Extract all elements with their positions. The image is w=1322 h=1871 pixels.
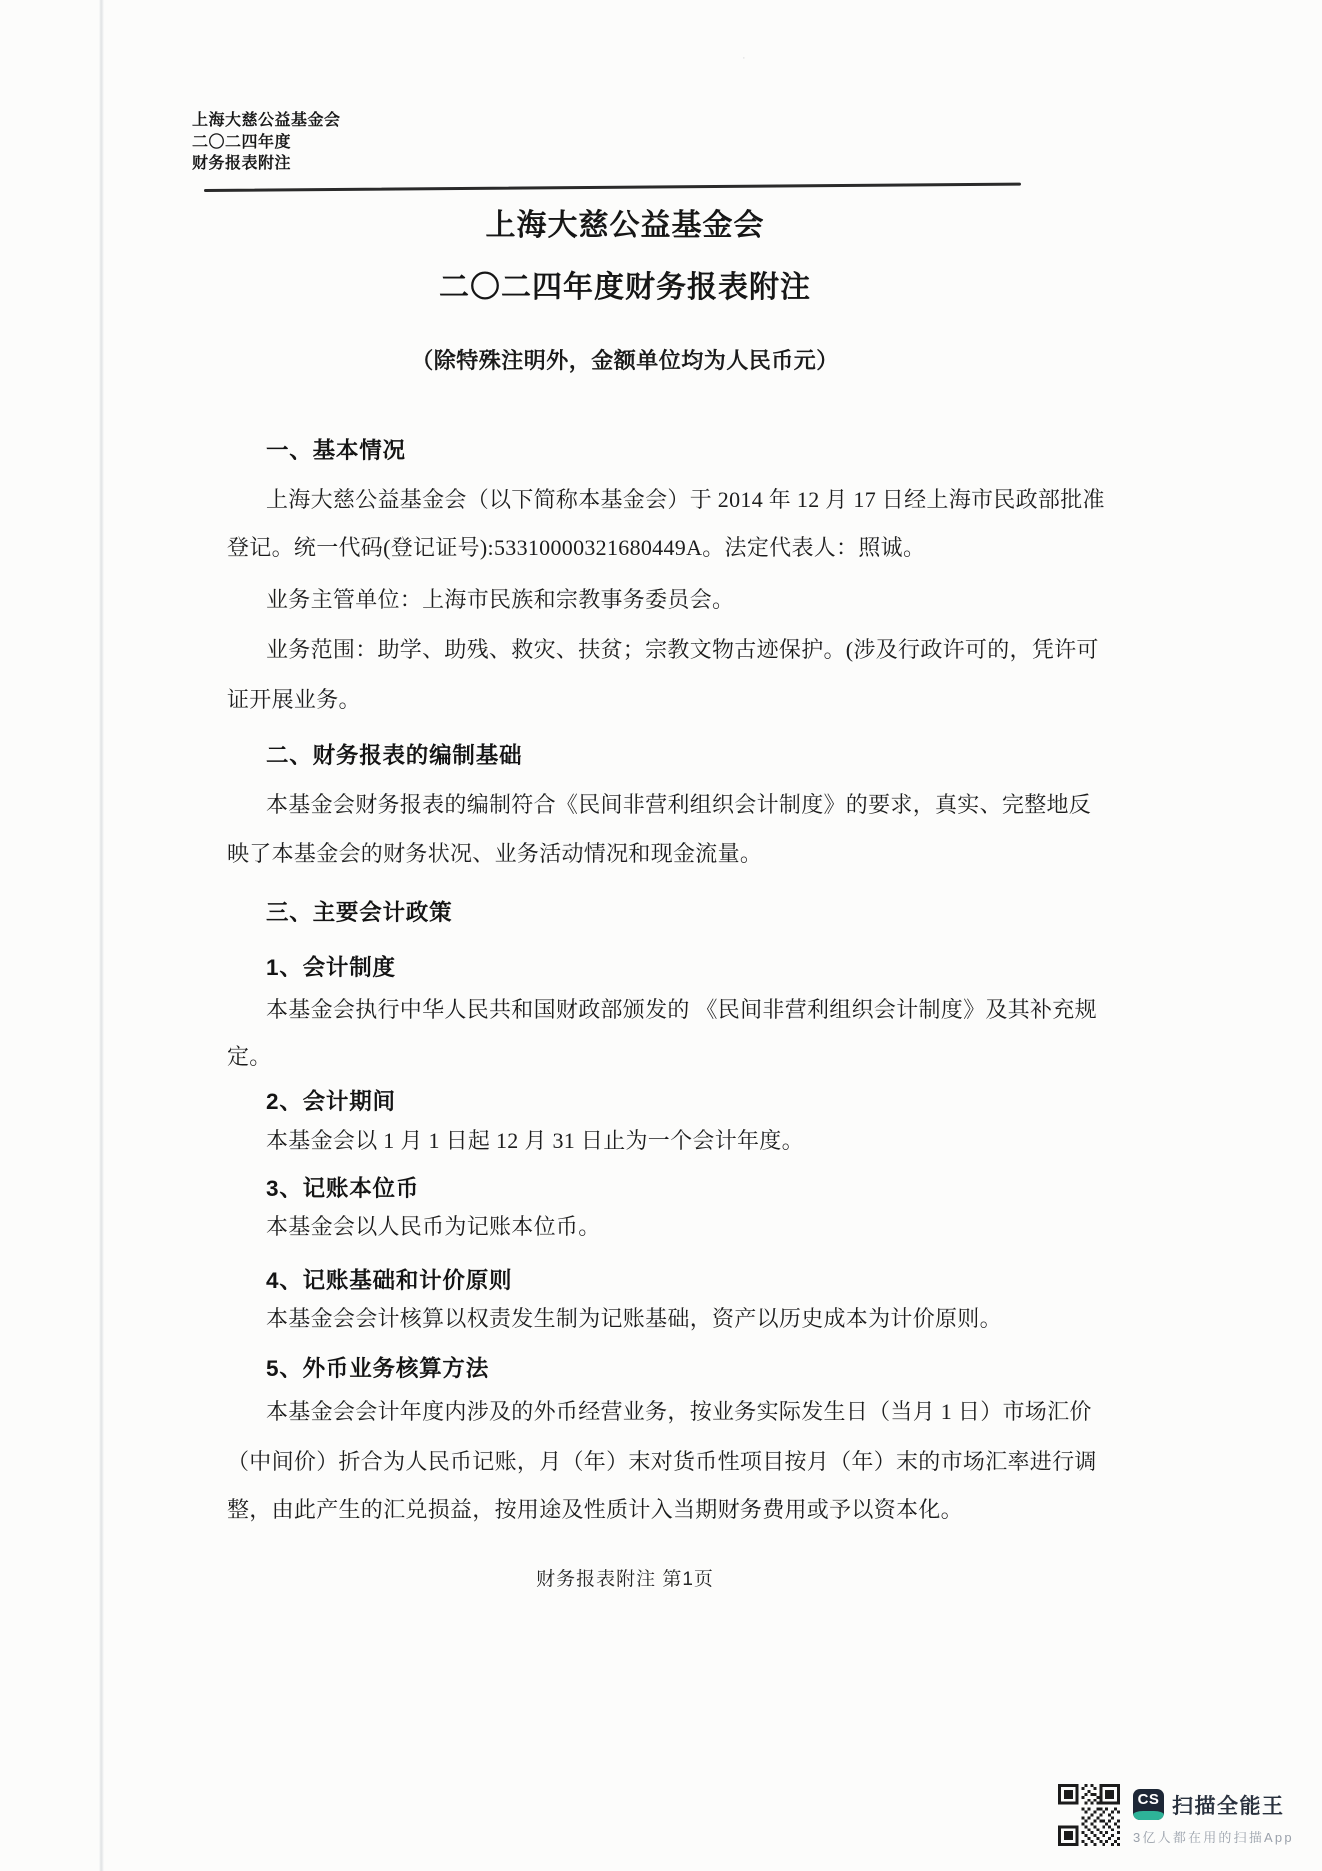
running-header: 上海大慈公益基金会 二〇二四年度 财务报表附注	[192, 110, 341, 175]
document-unit-note: （除特殊注明外，金额单位均为人民币元）	[210, 346, 1040, 376]
text-line: 本基金会财务报表的编制符合《民间非营利组织会计制度》的要求，真实、完整地反	[227, 790, 1106, 820]
document-title-org: 上海大慈公益基金会	[210, 206, 1040, 246]
running-header-doc: 财务报表附注	[192, 153, 341, 175]
document-title-report: 二〇二四年度财务报表附注	[210, 268, 1040, 308]
running-header-year: 二〇二四年度	[192, 132, 341, 154]
section-heading-1: 一、基本情况	[227, 436, 1106, 466]
text-line: 本基金会会计年度内涉及的外币经营业务，按业务实际发生日（当月 1 日）市场汇价	[227, 1397, 1106, 1427]
subsection-heading-4: 4、记账基础和计价原则	[227, 1266, 1106, 1296]
section-heading-3: 三、主要会计政策	[227, 898, 1106, 928]
camscanner-logo-accent	[1133, 1811, 1164, 1820]
page-number-footer: 财务报表附注 第1页	[210, 1564, 1040, 1591]
camscanner-logo-initials: CS	[1133, 1790, 1164, 1810]
text-line: 登记。统一代码(登记证号):53310000321680449A。法定代表人：照…	[227, 533, 1067, 563]
text-line: 本基金会以人民币为记账本位币。	[227, 1212, 1106, 1242]
camscanner-tagline: 3亿人都在用的扫描App	[1133, 1827, 1294, 1846]
running-header-org: 上海大慈公益基金会	[192, 110, 341, 132]
text-line: 定。	[227, 1042, 1067, 1072]
subsection-heading-3: 3、记账本位币	[227, 1174, 1106, 1204]
scan-speck: ·	[742, 52, 752, 60]
section-heading-2: 二、财务报表的编制基础	[227, 741, 1106, 771]
text-line: 本基金会会计核算以权责发生制为记账基础，资产以历史成本为计价原则。	[227, 1304, 1106, 1334]
subsection-heading-5: 5、外币业务核算方法	[227, 1354, 1106, 1384]
text-line: 业务范围：助学、助残、救灾、扶贫；宗教文物古迹保护。(涉及行政许可的，凭许可	[227, 635, 1106, 665]
text-line: 整，由此产生的汇兑损益，按用途及性质计入当期财务费用或予以资本化。	[227, 1495, 1067, 1525]
text-line: 证开展业务。	[227, 685, 1067, 715]
subsection-heading-1: 1、会计制度	[227, 953, 1106, 983]
text-line: 本基金会执行中华人民共和国财政部颁发的 《民间非营利组织会计制度》及其补充规	[227, 995, 1106, 1025]
qr-code-icon	[1058, 1784, 1120, 1846]
text-line: 映了本基金会的财务状况、业务活动情况和现金流量。	[227, 839, 1067, 869]
text-line: 本基金会以 1 月 1 日起 12 月 31 日止为一个会计年度。	[227, 1126, 1106, 1156]
header-divider	[204, 183, 1021, 192]
subsection-heading-2: 2、会计期间	[227, 1087, 1106, 1117]
scanned-document-page: · 上海大慈公益基金会 二〇二四年度 财务报表附注 上海大慈公益基金会 二〇二四…	[0, 0, 1322, 1871]
scan-artifact-line	[99, 0, 104, 1871]
text-line: 业务主管单位：上海市民族和宗教事务委员会。	[227, 585, 1106, 615]
camscanner-app-name: 扫描全能王	[1172, 1790, 1285, 1820]
text-line: 上海大慈公益基金会（以下简称本基金会）于 2014 年 12 月 17 日经上海…	[227, 485, 1106, 515]
camscanner-logo-badge: CS	[1133, 1789, 1164, 1820]
text-line: （中间价）折合为人民币记账，月（年）末对货币性项目按月（年）末的市场汇率进行调	[227, 1447, 1067, 1477]
